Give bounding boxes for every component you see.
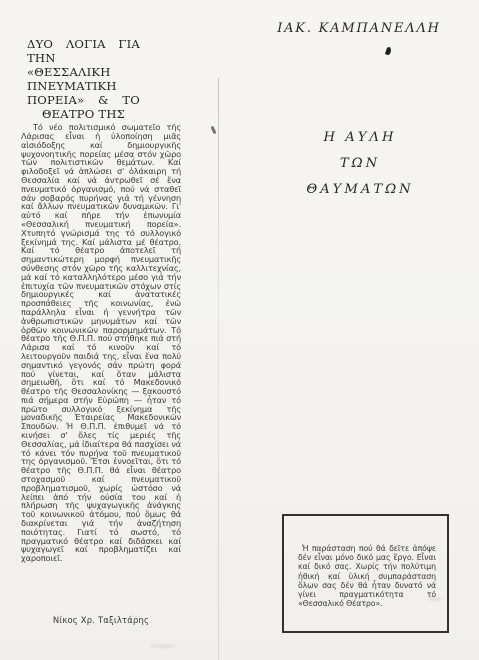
heading-line: ΘΕΑΤΡΟ ΤΗΣ <box>27 107 140 121</box>
play-title-line: ΤΩΝ <box>240 156 479 171</box>
playwright-name: ΙΑΚ. ΚΑΜΠΑΝΕΛΛΗ <box>239 21 479 36</box>
page-gutter-fold-line <box>218 78 219 660</box>
heading-line: ΠΟΡΕΙΑ» & ΤΟ <box>27 93 140 107</box>
ink-mark-icon <box>385 46 392 55</box>
heading-line: ΔΥΟ ΛΟΓΙΑ ΓΙΑ <box>27 37 140 51</box>
scanned-program-page: ΔΥΟ ΛΟΓΙΑ ΓΙΑ ΤΗΝ «ΘΕΣΣΑΛΙΚΗ ΠΝΕΥΜΑΤΙΚΗ … <box>0 0 479 660</box>
left-article-heading: ΔΥΟ ΛΟΓΙΑ ΓΙΑ ΤΗΝ «ΘΕΣΣΑΛΙΚΗ ΠΝΕΥΜΑΤΙΚΗ … <box>27 37 140 121</box>
thank-you-note-text: Ἡ παράσταση πού θά δεῖτε ἀπόψε δέν εἶναι… <box>298 544 436 608</box>
play-title-line: Η ΑΥΛΗ <box>240 130 479 145</box>
thank-you-note-box: Ἡ παράσταση πού θά δεῖτε ἀπόψε δέν εἶναι… <box>282 514 449 633</box>
scan-speck <box>211 126 217 135</box>
heading-line: ΤΗΝ «ΘΕΣΣΑΛΙΚΗ <box>27 51 140 79</box>
scan-smudge <box>150 644 176 648</box>
author-signature: Νίκος Χρ. Ταξιλτάρης <box>21 615 181 625</box>
article-body-text: Τό νέο πολιτισμικό σωματεῖο τῆς Λάρισας … <box>21 123 181 563</box>
heading-line: ΠΝΕΥΜΑΤΙΚΗ <box>27 79 140 93</box>
play-title: Η ΑΥΛΗ ΤΩΝ ΘΑΥΜΑΤΩΝ <box>240 130 479 208</box>
play-title-line: ΘΑΥΜΑΤΩΝ <box>240 182 479 197</box>
